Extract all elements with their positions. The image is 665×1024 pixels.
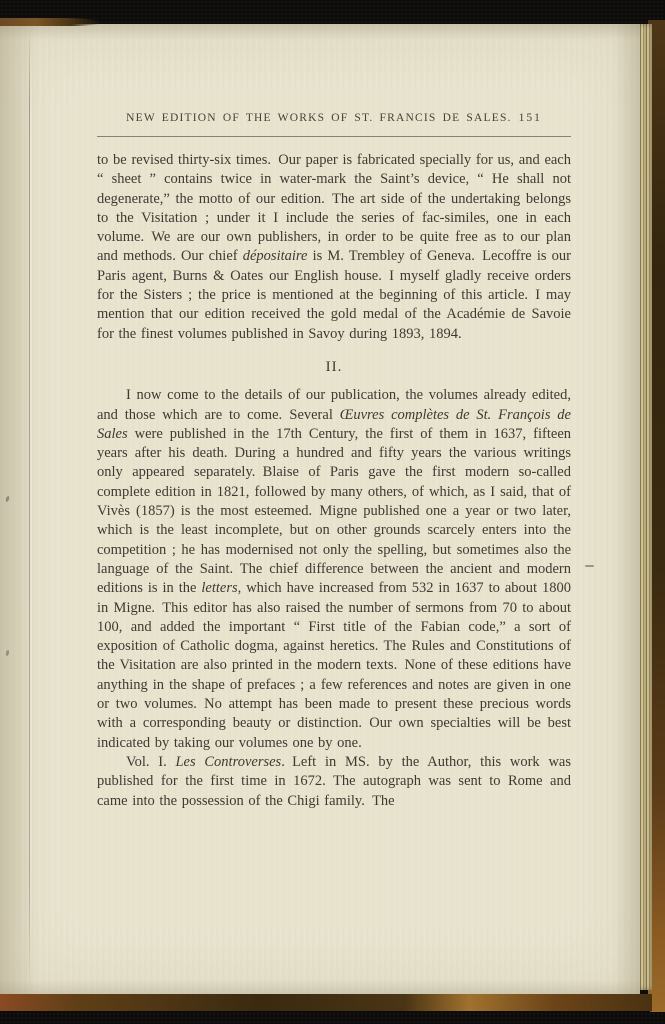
paragraph: to be revised thirty-six times. Our pape…: [97, 151, 571, 344]
page-content: NEW EDITION OF THE WORKS OF ST. FRANCIS …: [97, 24, 571, 811]
running-header: NEW EDITION OF THE WORKS OF ST. FRANCIS …: [97, 112, 571, 124]
body-text: to be revised thirty-six times. Our pape…: [97, 151, 571, 811]
page-gutter-highlight: [30, 26, 32, 992]
book-page: NEW EDITION OF THE WORKS OF ST. FRANCIS …: [0, 24, 640, 994]
section-heading: II.: [97, 358, 571, 377]
book-cover-top-sliver: [0, 18, 102, 26]
page-number: 151: [519, 112, 542, 124]
text-run: , which have increased from 532 in 1637 …: [97, 580, 571, 750]
scanned-book-photo: NEW EDITION OF THE WORKS OF ST. FRANCIS …: [0, 0, 665, 1024]
italic-text-run: dépositaire: [243, 248, 308, 264]
header-rule: [97, 136, 571, 137]
text-run: Vol. I.: [126, 754, 175, 770]
book-cover-bottom-edge: [0, 994, 652, 1011]
stray-edge-mark: [5, 496, 10, 503]
paragraph: I now come to the details of our publica…: [97, 386, 571, 753]
text-run: were published in the 17th Century, the …: [97, 426, 571, 596]
running-header-title: NEW EDITION OF THE WORKS OF ST. FRANCIS …: [126, 112, 512, 124]
stray-ink-dash: [585, 565, 594, 567]
italic-text-run: Les Controverses: [175, 754, 281, 770]
paragraph: Vol. I. Les Controverses. Left in MS. by…: [97, 753, 571, 811]
italic-text-run: letters: [201, 580, 237, 596]
stray-edge-mark: [5, 650, 9, 657]
